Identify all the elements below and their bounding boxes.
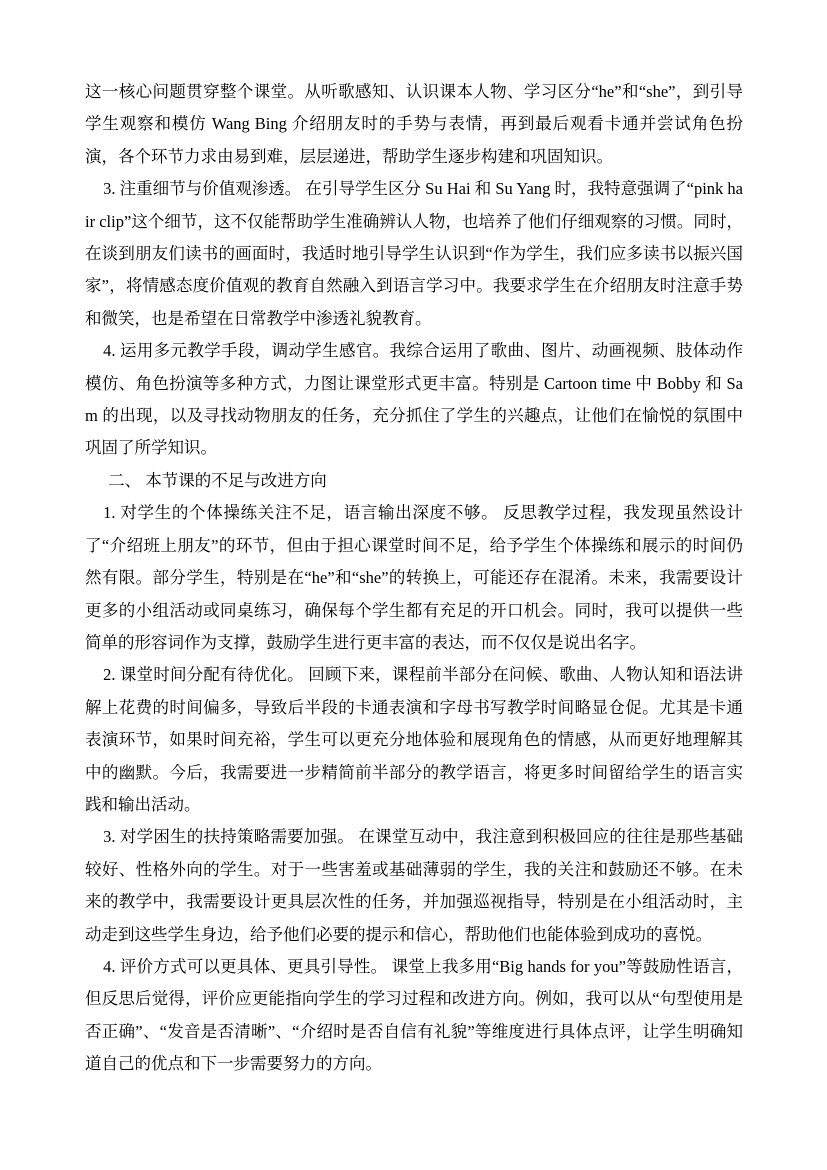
paragraph-item-4-multimodal-teaching: 4. 运用多元教学手段，调动学生感官。我综合运用了歌曲、图片、动画视频、肢体动作… bbox=[85, 335, 743, 465]
paragraph-item-3-struggling-students: 3. 对学困生的扶持策略需要加强。 在课堂互动中，我注意到积极回应的往往是那些基… bbox=[85, 821, 743, 951]
paragraph-continuation: 这一核心问题贯穿整个课堂。从听歌感知、认识课本人物、学习区分“he”和“she”… bbox=[85, 76, 743, 173]
paragraph-item-3-details-values: 3. 注重细节与价值观渗透。 在引导学生区分 Su Hai 和 Su Yang … bbox=[85, 173, 743, 335]
paragraph-item-4-evaluation-methods: 4. 评价方式可以更具体、更具引导性。 课堂上我多用“Big hands for… bbox=[85, 951, 743, 1081]
document-page: 这一核心问题贯穿整个课堂。从听歌感知、认识课本人物、学习区分“he”和“she”… bbox=[0, 0, 827, 1170]
paragraph-item-1-individual-practice: 1. 对学生的个体操练关注不足，语言输出深度不够。 反思教学过程，我发现虽然设计… bbox=[85, 497, 743, 659]
paragraph-item-2-time-allocation: 2. 课堂时间分配有待优化。 回顾下来，课程前半部分在问候、歌曲、人物认知和语法… bbox=[85, 659, 743, 821]
section-heading-shortcomings: 二、 本节课的不足与改进方向 bbox=[85, 465, 743, 497]
